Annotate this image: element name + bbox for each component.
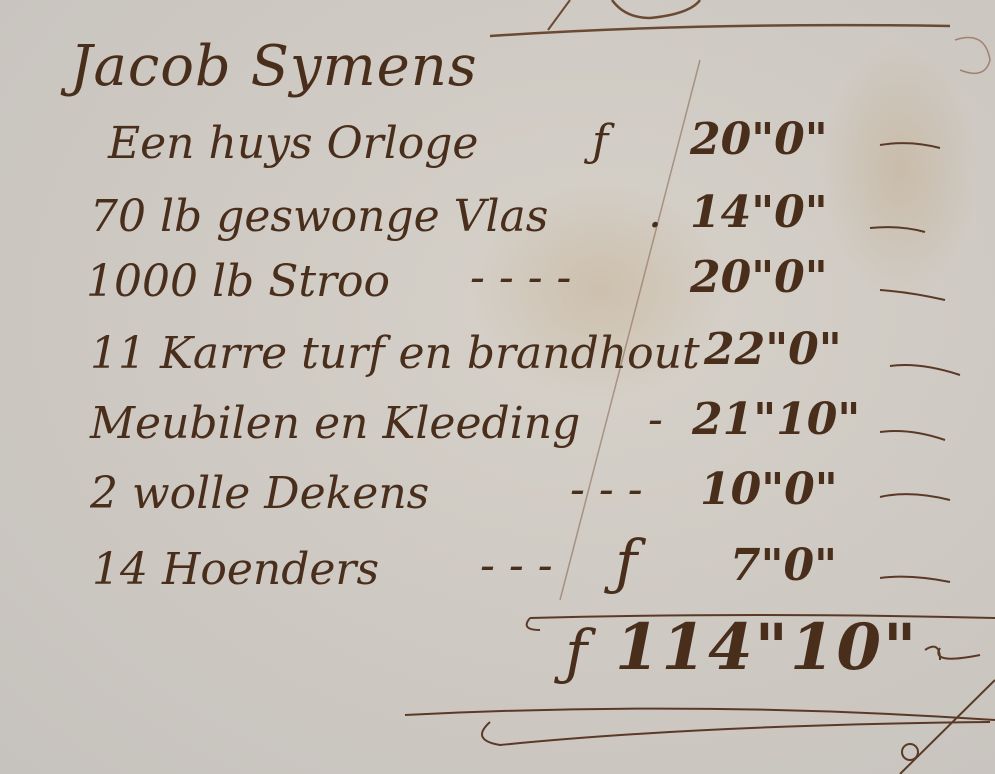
entry-amount: 22"0" <box>704 324 842 375</box>
ledger-entry: 2 wolle Dekens - - - 10"0" <box>0 462 995 532</box>
ledger-entry: 11 Karre turf en brandhout 22"0" <box>0 322 995 392</box>
entry-marker: - - - <box>570 464 643 515</box>
florin-sign: ƒ <box>615 528 637 598</box>
entry-description: Meubilen en Kleeding <box>90 398 580 449</box>
entry-amount: 20"0" <box>690 114 828 165</box>
entry-description: 11 Karre turf en brandhout <box>90 328 700 379</box>
entry-description: 2 wolle Dekens <box>90 468 429 519</box>
entry-amount: 14"0" <box>690 187 828 238</box>
entry-description: 70 lb geswonge Vlas <box>90 191 548 242</box>
entry-amount: 10"0" <box>700 464 838 515</box>
entry-description: 14 Hoenders <box>92 544 379 595</box>
entry-description: Een huys Orloge <box>108 118 478 169</box>
ledger-entry: Meubilen en Kleeding - 21"10" <box>0 392 995 462</box>
entry-marker: . <box>648 187 662 238</box>
entry-amount: 20"0" <box>690 252 828 303</box>
entry-marker: - <box>648 394 663 445</box>
entry-marker: ƒ <box>592 116 608 167</box>
entry-marker: - - - <box>480 540 553 591</box>
account-holder-name: Jacob Symens <box>70 34 478 99</box>
total-florin-sign: ƒ <box>565 618 587 688</box>
ledger-entry: Een huys Orloge ƒ 20"0" <box>0 112 995 182</box>
entry-marker: - - - - <box>470 252 571 303</box>
entry-amount: 7"0" <box>730 540 837 591</box>
ledger-total: 114"10" <box>615 610 918 685</box>
entry-amount: 21"10" <box>692 394 860 445</box>
entry-description: 1000 lb Stroo <box>86 256 390 307</box>
ledger-entry: 70 lb geswonge Vlas . 14"0" <box>0 185 995 255</box>
ledger-entry: 14 Hoenders - - - ƒ 7"0" <box>0 538 995 608</box>
ledger-entry: 1000 lb Stroo - - - - 20"0" <box>0 250 995 320</box>
